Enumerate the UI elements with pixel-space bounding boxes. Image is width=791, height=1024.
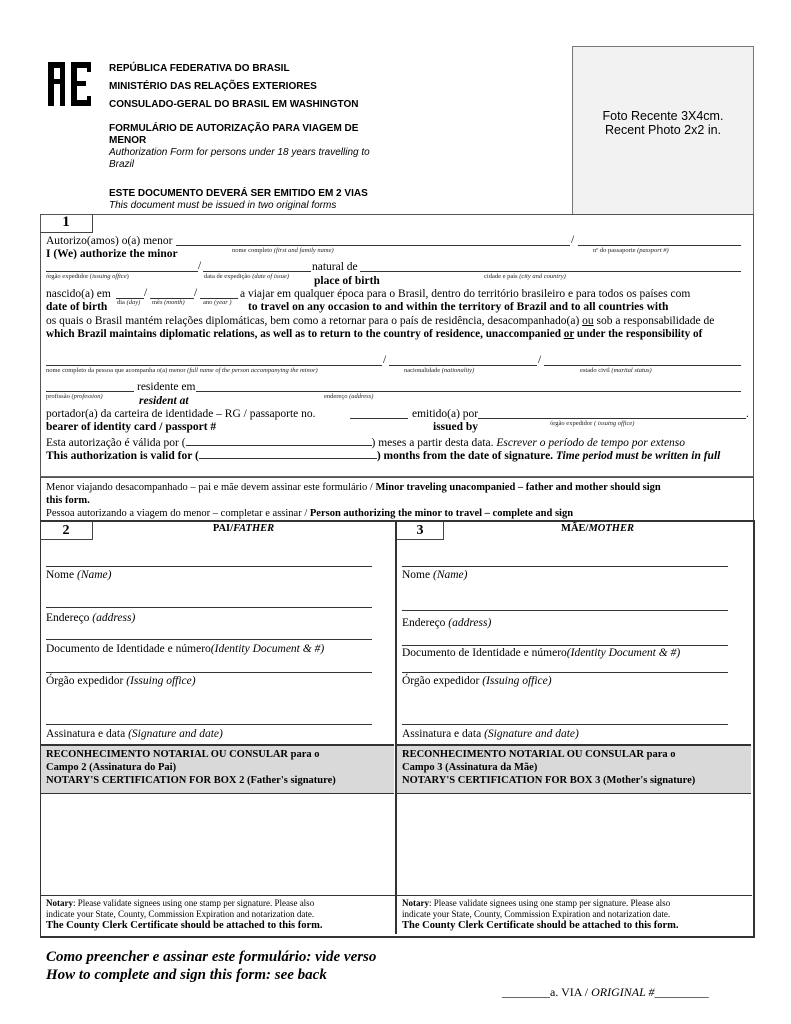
nationality-hint: nacionalidade (nationality) — [404, 367, 474, 374]
father-id-label: Documento de Identidade e número(Identit… — [46, 643, 324, 656]
marital-hint: estado civil (marital status) — [580, 367, 652, 374]
issuing-office2-hint: órgão expedidor ( issuing office) — [550, 420, 634, 427]
validity-months-field[interactable] — [186, 435, 372, 446]
copy-number-field[interactable]: ________ — [502, 985, 550, 999]
born-label: nascido(a) em — [46, 288, 111, 301]
ae-logo-icon — [45, 58, 95, 108]
profession-field[interactable] — [46, 391, 134, 392]
header-ministry: MINISTÉRIO DAS RELAÇÕES EXTERIORES — [109, 80, 358, 98]
howto-en: How to complete and sign this form: see … — [46, 966, 376, 984]
header-republic: REPÚBLICA FEDERATIVA DO BRASIL — [109, 62, 358, 80]
photo-label-en: Recent Photo 2x2 in. — [573, 123, 753, 137]
companion-hint: nome completo da pessoa que acompanha o(… — [46, 367, 318, 374]
father-issuer-field[interactable] — [46, 672, 372, 673]
father-address-field[interactable] — [46, 607, 372, 608]
mother-signature-label: Assinatura e data (Signature and date) — [402, 728, 579, 741]
travel-text-en-1: to travel on any occasion to and within … — [248, 301, 668, 314]
howto-pt: Como preencher e assinar este formulário… — [46, 948, 376, 966]
mother-notary-note: Notary: Please validate signees using on… — [402, 898, 678, 932]
father-id-field[interactable] — [46, 639, 372, 640]
validity-months-field-en[interactable] — [199, 448, 377, 459]
father-issuer-label: Órgão expedidor (Issuing office) — [46, 675, 196, 688]
validity-text-en: This authorization is valid for () month… — [46, 448, 720, 463]
passport-hint: nº do passaporte (passport #) — [593, 247, 669, 254]
profession-hint: profissão (profession) — [46, 393, 103, 400]
howto-text: Como preencher e assinar este formulário… — [46, 948, 376, 984]
original-number-field[interactable]: _________ — [655, 985, 709, 999]
day-hint: dia (day) — [117, 299, 140, 306]
year-hint: ano (year ) — [203, 299, 232, 306]
address-hint: endereço (address) — [324, 393, 373, 400]
consulate-logo — [45, 58, 97, 108]
mother-notary-title: RECONHECIMENTO NOTARIAL OU CONSULAR para… — [402, 748, 695, 787]
mother-issuer-label: Órgão expedidor (Issuing office) — [402, 675, 552, 688]
place-of-birth-field[interactable] — [360, 271, 741, 272]
full-name-hint: nome completo (first and family name) — [232, 247, 334, 254]
photo-label: Foto Recente 3X4cm. — [573, 109, 753, 123]
father-notary-stamp-area[interactable] — [41, 793, 394, 895]
natural-de-label: natural de — [312, 261, 358, 274]
bearer-label: portador(a) da carteira de identidade – … — [46, 408, 316, 421]
bearer-label-en: bearer of identity card / passport # — [46, 421, 216, 434]
father-signature-label: Assinatura e data (Signature and date) — [46, 728, 223, 741]
companion-name-field[interactable] — [46, 365, 382, 366]
section-2-number: 2 — [40, 523, 92, 539]
mother-name-field[interactable] — [402, 566, 728, 567]
issuing-office-field[interactable] — [46, 271, 198, 272]
date-issue-hint: data de expedição (date of issue) — [204, 273, 289, 280]
section-3-number: 3 — [397, 523, 443, 539]
address-field[interactable] — [196, 391, 741, 392]
resident-label: residente em — [137, 381, 195, 394]
month-hint: mês (month) — [152, 299, 185, 306]
father-name-field[interactable] — [46, 566, 372, 567]
city-country-hint: cidade e país (city and country) — [484, 273, 566, 280]
id-number-field[interactable] — [350, 418, 408, 419]
minor-passport-field[interactable] — [578, 245, 741, 246]
authorize-label-en: I (We) authorize the minor — [46, 248, 178, 261]
issue-notice-en: This document must be issued in two orig… — [109, 200, 368, 212]
header-consulate: CONSULADO-GERAL DO BRASIL EM WASHINGTON — [109, 98, 358, 116]
mother-issuer-field[interactable] — [402, 672, 728, 673]
form-subtitle: Authorization Form for persons under 18 … — [109, 147, 409, 171]
travel-text-pt-1: a viajar em qualquer época para o Brasil… — [240, 288, 690, 301]
photo-box: Foto Recente 3X4cm. Recent Photo 2x2 in. — [572, 46, 754, 215]
travel-text-en-2: which Brazil maintains diplomatic relati… — [46, 328, 702, 341]
resident-label-en: resident at — [139, 395, 189, 408]
notary-divider — [41, 895, 752, 896]
mother-id-field[interactable] — [402, 645, 728, 646]
mother-address-field[interactable] — [402, 610, 728, 611]
original-copy-number: ________a. VIA / ORIGINAL #_________ — [502, 985, 709, 1000]
issued-by-label: emitido(a) por — [412, 408, 478, 421]
authorize-label: Autorizo(amos) o(a) menor — [46, 235, 172, 248]
section-1-number: 1 — [40, 214, 92, 231]
form-title: FORMULÁRIO DE AUTORIZAÇÃO PARA VIAGEM DE… — [109, 123, 409, 147]
father-title: PAI/FATHER — [92, 523, 395, 534]
mother-notary-stamp-area[interactable] — [397, 793, 751, 895]
mother-name-label: Nome (Name) — [402, 569, 467, 582]
born-label-en: date of birth — [46, 301, 107, 314]
father-name-label: Nome (Name) — [46, 569, 111, 582]
id-issuer-field[interactable] — [478, 418, 746, 419]
date-of-issue-field[interactable] — [203, 271, 311, 272]
mother-address-label: Endereço (address) — [402, 617, 491, 630]
travel-text-pt-2: os quais o Brasil mantém relações diplom… — [46, 315, 714, 328]
instructions-text: Menor viajando desacompanhado – pai e mã… — [46, 481, 746, 520]
mother-title: MÃE/MOTHER — [443, 523, 752, 534]
companion-marital-status-field[interactable] — [544, 365, 741, 366]
father-notary-title: RECONHECIMENTO NOTARIAL OU CONSULAR para… — [46, 748, 336, 787]
mother-id-label: Documento de Identidade e número(Identit… — [402, 647, 680, 660]
issue-notice: ESTE DOCUMENTO DEVERÁ SER EMITIDO EM 2 V… — [109, 188, 368, 200]
place-of-birth-label: place of birth — [314, 275, 380, 288]
issuing-office-hint: órgão expedidor (issuing office) — [46, 273, 129, 280]
father-notary-note: Notary: Please validate signees using on… — [46, 898, 322, 932]
father-signature-field[interactable] — [46, 724, 372, 725]
minor-name-field[interactable] — [176, 245, 570, 246]
companion-nationality-field[interactable] — [389, 365, 537, 366]
mother-signature-field[interactable] — [402, 724, 728, 725]
issued-by-label-en: issued by — [433, 421, 478, 434]
father-address-label: Endereço (address) — [46, 612, 135, 625]
